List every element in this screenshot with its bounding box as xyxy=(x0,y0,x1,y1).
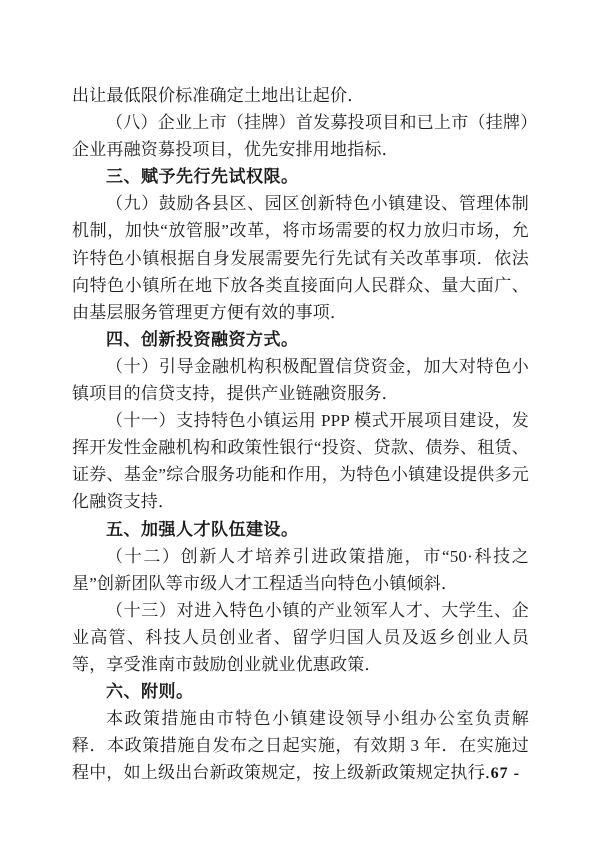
paragraph-continuation: 出让最低限价标准确定土地出让起价． xyxy=(72,82,529,109)
paragraph-item-11: （十一）支持特色小镇运用 PPP 模式开展项目建设，发挥开发性金融机构和政策性银… xyxy=(72,407,529,515)
paragraph-item-12: （十二）创新人才培养引进政策措施，市“50·科技之星”创新团队等市级人才工程适当… xyxy=(72,543,529,597)
paragraph-item-13: （十三）对进入特色小镇的产业领军人才、大学生、企业高管、科技人员创业者、留学归国… xyxy=(72,597,529,678)
section-heading-6: 六、附则。 xyxy=(72,678,529,705)
paragraph-item-9: （九）鼓励各县区、园区创新特色小镇建设、管理体制机制，加快“放管服”改革，将市场… xyxy=(72,190,529,325)
paragraph-item-8: （八）企业上市（挂牌）首发募投项目和已上市（挂牌）企业再融资募投项目，优先安排用… xyxy=(72,109,529,163)
document-text-block: 出让最低限价标准确定土地出让起价． （八）企业上市（挂牌）首发募投项目和已上市（… xyxy=(72,82,529,786)
section-heading-5: 五、加强人才队伍建设。 xyxy=(72,516,529,543)
paragraph-closing: 本政策措施由市特色小镇建设领导小组办公室负责解释．本政策措施自发布之日起实施，有… xyxy=(72,705,529,786)
page-number: - 67 - xyxy=(479,765,520,783)
paragraph-item-10: （十）引导金融机构积极配置信贷资金，加大对特色小镇项目的信贷支持，提供产业链融资… xyxy=(72,353,529,407)
section-heading-3: 三、赋予先行先试权限。 xyxy=(72,163,529,190)
section-heading-4: 四、创新投资融资方式。 xyxy=(72,326,529,353)
document-page: 出让最低限价标准确定土地出让起价． （八）企业上市（挂牌）首发募投项目和已上市（… xyxy=(0,0,600,847)
